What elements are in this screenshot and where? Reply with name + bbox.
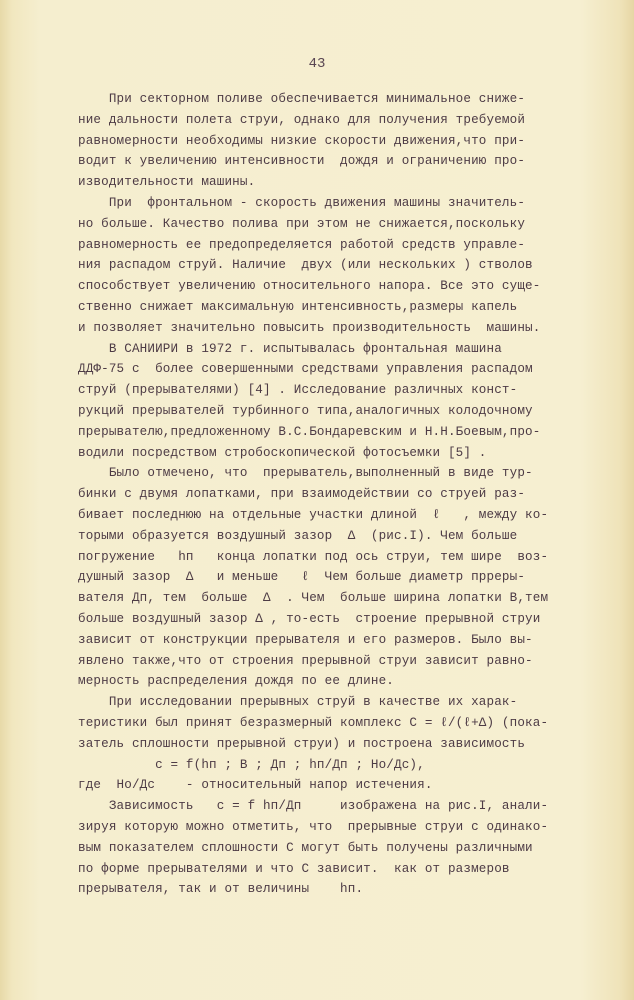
text-line: и позволяет значительно повысить произво… xyxy=(78,319,540,337)
text-line: теристики был принят безразмерный компле… xyxy=(78,714,548,732)
text-line: изводительности машины. xyxy=(78,173,255,191)
text-line: торыми образуется воздушный зазор Δ (рис… xyxy=(78,527,517,545)
text-line: явлено также,что от строения прерывной с… xyxy=(78,652,533,670)
text-line: ственно снижает максимальную интенсивнос… xyxy=(78,298,517,316)
text-line: зависит от конструкции прерывателя и его… xyxy=(78,631,533,649)
text-line: ния распадом струй. Наличие двух (или не… xyxy=(78,256,533,274)
text-line: Зависимость c = f hп/Дп изображена на ри… xyxy=(78,797,548,815)
text-line: затель сплошности прерывной струи) и пос… xyxy=(78,735,525,753)
text-line: бинки с двумя лопатками, при взаимодейст… xyxy=(78,485,525,503)
text-line: прерывателю,предложенному В.С.Бондаревск… xyxy=(78,423,540,441)
document-page: 43 При секторном поливе обеспечивается м… xyxy=(0,0,634,1000)
text-line: При исследовании прерывных струй в качес… xyxy=(78,693,517,711)
text-line: водит к увеличению интенсивности дождя и… xyxy=(78,152,525,170)
text-line: ДДФ-75 с более совершенными средствами у… xyxy=(78,360,533,378)
text-line: способствует увеличению относительного н… xyxy=(78,277,540,295)
text-line: При секторном поливе обеспечивается мини… xyxy=(78,90,525,108)
text-line: но больше. Качество полива при этом не с… xyxy=(78,215,525,233)
text-line: Было отмечено, что прерыватель,выполненн… xyxy=(78,464,533,482)
text-line: равномерность ее предопределяется работо… xyxy=(78,236,525,254)
text-line: водили посредством стробоскопической фот… xyxy=(78,444,487,462)
text-line: больше воздушный зазор Δ , то-есть строе… xyxy=(78,610,540,628)
text-line: зируя которую можно отметить, что прерыв… xyxy=(78,818,548,836)
text-line: При фронтальном - скорость движения маши… xyxy=(78,194,525,212)
text-line: бивает последнюю на отдельные участки дл… xyxy=(78,506,548,524)
text-line: рукций прерывателей турбинного типа,анал… xyxy=(78,402,533,420)
text-line: мерность распределения дождя по ее длине… xyxy=(78,672,394,690)
text-line: равномерности необходимы низкие скорости… xyxy=(78,132,525,150)
text-line: где Hо/Дс - относительный напор истечени… xyxy=(78,776,433,794)
text-line: струй (прерывателями) [4] . Исследование… xyxy=(78,381,517,399)
text-line: вым показателем сплошности С могут быть … xyxy=(78,839,533,857)
text-line: c = f(hп ; B ; Дп ; hп/Дп ; Hо/Дс), xyxy=(78,756,425,774)
text-line: погружение hп конца лопатки под ось стру… xyxy=(78,548,548,566)
text-line: В САНИИРИ в 1972 г. испытывалась фронтал… xyxy=(78,340,502,358)
text-line: ние дальности полета струи, однако для п… xyxy=(78,111,525,129)
text-line: прерывателя, так и от величины hп. xyxy=(78,880,363,898)
text-line: душный зазор Δ и меньше ℓ Чем больше диа… xyxy=(78,568,525,586)
text-line: вателя Дп, тем больше Δ . Чем больше шир… xyxy=(78,589,548,607)
page-number: 43 xyxy=(0,56,634,72)
text-line: по форме прерывателями и что С зависит. … xyxy=(78,860,510,878)
